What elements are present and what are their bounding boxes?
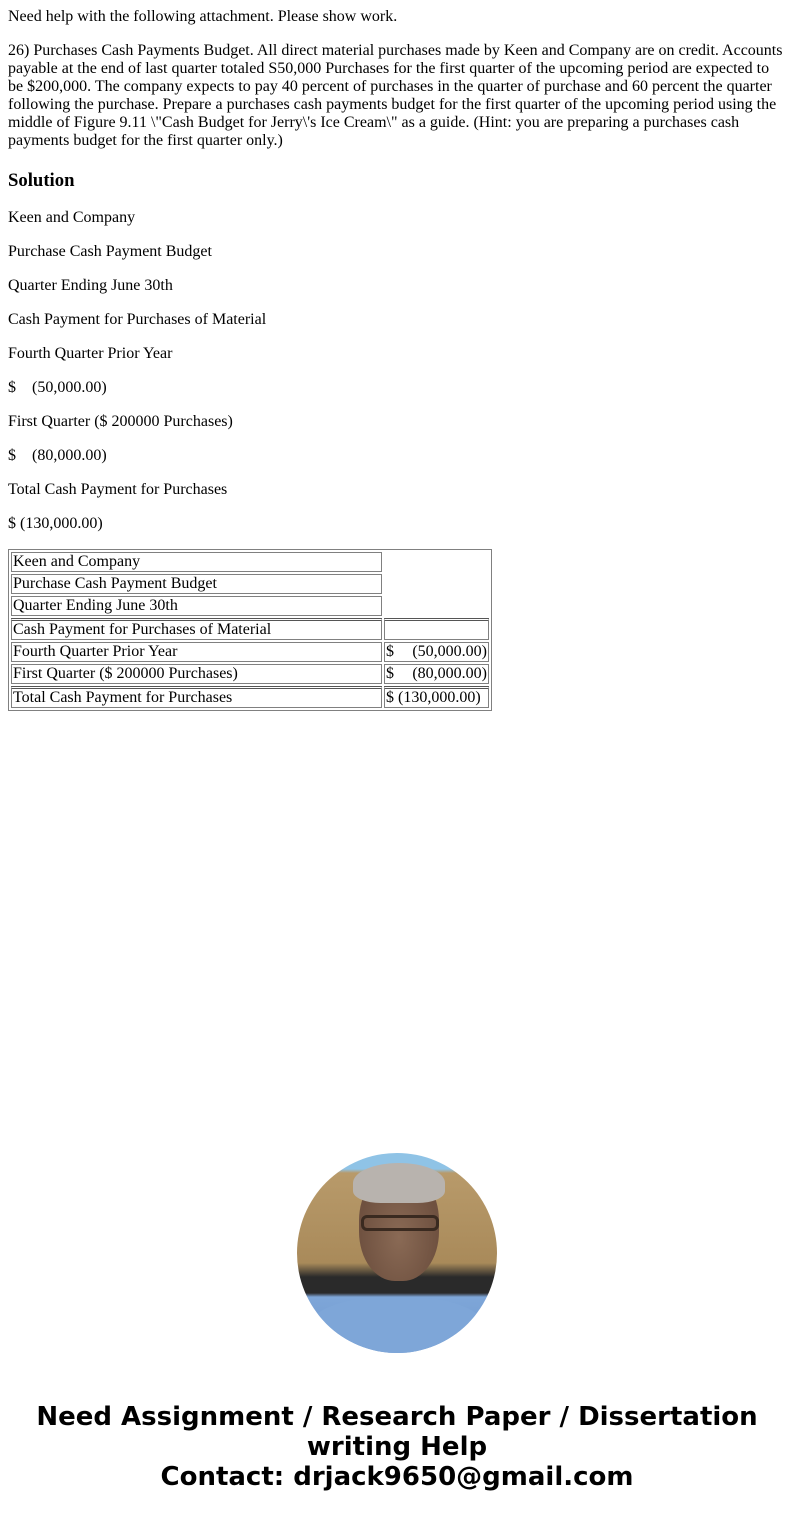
question-body: 26) Purchases Cash Payments Budget. All … xyxy=(8,42,786,150)
solution-line: $ (50,000.00) xyxy=(8,379,786,397)
promo-line: Need Assignment / Research Paper / Disse… xyxy=(0,1402,794,1432)
solution-line: First Quarter ($ 200000 Purchases) xyxy=(8,413,786,431)
amount-cell: $(80,000.00) xyxy=(384,664,489,684)
solution-line: Quarter Ending June 30th xyxy=(8,277,786,295)
table-cell: Fourth Quarter Prior Year xyxy=(11,642,382,662)
table-cell: Cash Payment for Purchases of Material xyxy=(11,618,382,640)
table-cell: Quarter Ending June 30th xyxy=(11,596,382,616)
solution-line: $ (80,000.00) xyxy=(8,447,786,465)
table-total-row: Total Cash Payment for Purchases $ (130,… xyxy=(11,686,489,708)
avatar xyxy=(297,1153,497,1353)
budget-table: Keen and Company Purchase Cash Payment B… xyxy=(8,549,492,711)
table-row: First Quarter ($ 200000 Purchases) $(80,… xyxy=(11,664,489,684)
table-header-row: Keen and Company xyxy=(11,552,489,572)
glasses-icon xyxy=(361,1215,439,1231)
promo-banner: Need Assignment / Research Paper / Disse… xyxy=(0,1402,794,1492)
table-cell: Total Cash Payment for Purchases xyxy=(11,686,382,708)
table-row: Fourth Quarter Prior Year $(50,000.00) xyxy=(11,642,489,662)
amount-cell: $(50,000.00) xyxy=(384,642,489,662)
solution-line: $ (130,000.00) xyxy=(8,515,786,533)
table-cell: First Quarter ($ 200000 Purchases) xyxy=(11,664,382,684)
amount-cell xyxy=(384,618,489,640)
promo-contact: Contact: drjack9650@gmail.com xyxy=(0,1462,794,1492)
amount-cell: $ (130,000.00) xyxy=(384,686,489,708)
question-intro: Need help with the following attachment.… xyxy=(8,8,786,26)
solution-line: Total Cash Payment for Purchases xyxy=(8,481,786,499)
solution-line: Purchase Cash Payment Budget xyxy=(8,243,786,261)
solution-line: Cash Payment for Purchases of Material xyxy=(8,311,786,329)
solution-heading: Solution xyxy=(8,170,786,191)
document: Need help with the following attachment.… xyxy=(0,8,794,711)
table-row: Cash Payment for Purchases of Material xyxy=(11,618,489,640)
table-cell: Purchase Cash Payment Budget xyxy=(11,574,382,594)
promo-line: writing Help xyxy=(0,1432,794,1462)
solution-line: Keen and Company xyxy=(8,209,786,227)
table-cell: Keen and Company xyxy=(11,552,382,572)
solution-line: Fourth Quarter Prior Year xyxy=(8,345,786,363)
